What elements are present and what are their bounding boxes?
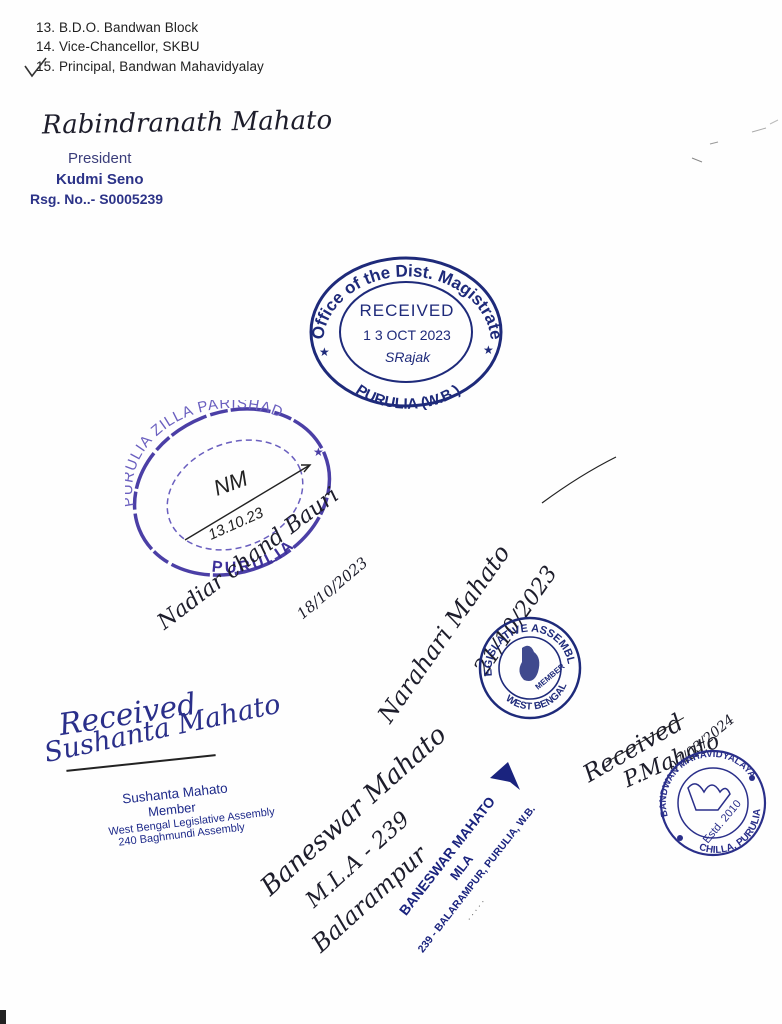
- checkmark-icon: [22, 56, 48, 80]
- recipient-text: B.D.O. Bandwan Block: [59, 20, 198, 35]
- recipient-text: Principal, Bandwan Mahavidyalay: [59, 59, 264, 74]
- legislative-assembly-seal: LEGISLATIVE ASSEMBLY WEST BENGAL MEMBER: [476, 614, 584, 722]
- dm-office-stamp: Office of the Dist. Magistrate PURULIA (…: [305, 252, 505, 410]
- book-icon: [688, 784, 730, 810]
- recipient-13: 13. B.D.O. Bandwan Block: [36, 20, 198, 35]
- edge-mark: [0, 1010, 6, 1024]
- sender-reg-no: Rsg. No..- S0005239: [30, 191, 163, 207]
- dm-stamp-status: RECEIVED: [360, 301, 455, 320]
- svg-text:PURULIA (W.B.): PURULIA (W.B.): [353, 381, 464, 410]
- svg-text:★: ★: [313, 445, 324, 459]
- mla-stamp-logo-icon: [490, 762, 520, 790]
- narahari-signature-stroke: [540, 455, 620, 505]
- svg-text:★: ★: [483, 343, 494, 357]
- mahavidyalaya-seal: BANDWAN MAHAVIDYALAYA CHILLA, PURULIA Es…: [656, 748, 770, 858]
- recipient-number: 14.: [36, 39, 55, 54]
- dm-stamp-initials: SRajak: [385, 349, 431, 365]
- mla-stamp: BANESWAR MAHATO MLA 239 - BALARAMPUR, PU…: [380, 760, 550, 960]
- dm-stamp-arc-bottom: PURULIA (W.B.): [353, 381, 464, 410]
- sender-signature: Rabindranath Mahato: [42, 105, 333, 140]
- emblem-icon: [519, 646, 539, 681]
- recipient-number: 13.: [36, 20, 55, 35]
- recipient-15: 15. Principal, Bandwan Mahavidyalay: [36, 59, 264, 74]
- zp-stamp-signature: NM: [210, 465, 251, 500]
- recipient-text: Vice-Chancellor, SKBU: [59, 39, 200, 54]
- svg-text:· · · · ·: · · · · ·: [464, 897, 487, 923]
- mla-stamp-name: BANESWAR MAHATO: [396, 793, 498, 918]
- svg-text:★: ★: [319, 345, 330, 359]
- sender-organization: Kudmi Seno: [56, 171, 144, 188]
- dm-stamp-date: 1 3 OCT 2023: [363, 327, 451, 343]
- smudge-marks: [690, 110, 780, 170]
- recipient-14: 14. Vice-Chancellor, SKBU: [36, 39, 200, 54]
- sender-title: President: [68, 150, 131, 167]
